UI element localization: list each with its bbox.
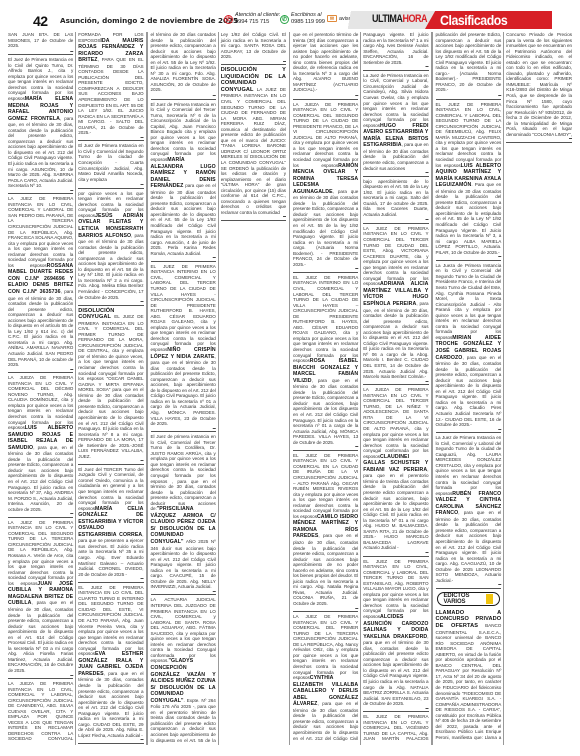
legal-notice: El Juez de primera instancia en lo Civil…: [151, 434, 216, 595]
notice-text: El Juez del TERCER Turno del Juzgado Civ…: [78, 467, 143, 511]
banner-label: EDICTOS VARIOS: [444, 593, 487, 605]
section-title: Clasificados: [440, 12, 507, 28]
legal-notice: LA JUEZ DE PRIMERA INSTANCIA EN LO CIVIL…: [8, 196, 73, 373]
notice-names: DISOLUCIÓN CONYUGAL: [78, 308, 114, 321]
notice-text: El Juez de Primera Instancia en lo Civil…: [78, 143, 143, 181]
notice-text-cont: , para que en el término de 30 días, con…: [436, 355, 502, 428]
contact-label: Escribinos al: [291, 12, 325, 19]
notice-text: El Juez de primera instancia en lo Civil…: [151, 434, 216, 511]
notice-code: ▬: [363, 65, 428, 68]
notice-text: El Juez de Primera Instancia en lo Civil…: [151, 102, 216, 162]
notice-code: ▬: [151, 590, 216, 593]
notice-text-cont: , para que en el término de 30 días cont…: [151, 354, 216, 427]
column-body: el término de 30 días contados desde la …: [151, 32, 287, 745]
banner-icon: [486, 594, 493, 604]
notice-text-cont: , para que, en el término de 30 días con…: [8, 445, 73, 512]
contact-whatsapp[interactable]: 0985 119 999: [291, 19, 325, 26]
notice-text-cont: , para que en el término de 30 días, con…: [363, 634, 428, 707]
legal-notice: por quince veces a los que tengan interé…: [78, 191, 143, 306]
notice-text: EL JUEZ DE PRIMERA INSTANCIA EN LO CIVIL…: [436, 102, 502, 168]
column-3: que en el perentorio término de treinta …: [290, 32, 433, 745]
notice-text: EL JUEZ DE PRIMERA INSTANCIA INTERINO EN…: [293, 275, 358, 363]
notice-code: ▬: [221, 215, 286, 218]
column-2: el término de 30 días contados desde la …: [148, 32, 291, 745]
notice-text-cont: , para que se presenten a ejercer sus de…: [78, 532, 143, 577]
notice-code: ▬: [293, 267, 358, 270]
legal-notice: EL JUEZ DE PRIMERA INSTANCIA EN LO CIVIL…: [363, 559, 428, 713]
notice-text-cont: AÑO 2025 Nº 346 ducir sus acciones bajo …: [151, 539, 216, 589]
logo-ultima: ULTIMA: [372, 13, 402, 25]
notice-text-cont: , para que en el término de 30 días cont…: [293, 378, 358, 445]
notice-code: ▬: [363, 707, 428, 710]
notice-text: LA JUEZ DE PRIMERA INSTANCIA EN LO CIVIL…: [8, 196, 73, 268]
notice-text-cont: , para que en el plazo de 30 días, conta…: [293, 533, 358, 606]
notice-text: LA JUEZA DE PRIMERA INSTANCIA EN LO CIVI…: [8, 375, 73, 430]
notice-text: LA JUEZA DE PRIMERA INSTANCIA EN LO CIVI…: [293, 102, 358, 168]
mail-icon: ✉: [327, 15, 337, 22]
notice-code: ▬: [363, 218, 428, 221]
notice-text: SAN JUAN BTA. DE LAS MISIONES, 17 de Oct…: [8, 32, 73, 48]
legal-notice: bajo apercibimiento de lo dispuesto en e…: [363, 179, 428, 224]
notice-text: La Juez de Primera Instancia en lo Civil…: [436, 435, 502, 495]
publication-date: Asunción, domingo 2 de noviembre de 2025: [60, 16, 238, 25]
notice-code: ▬: [78, 136, 143, 139]
legal-notice: DISOLUCIÓN Y LIQUIDACIÓN DE LA COMUNIDAD…: [221, 67, 286, 221]
column-body: que en el perentorio término de treinta …: [293, 32, 429, 745]
notice-text: LA JUEZ DE PRIMERA INSTANCIA EN LO CIVIL…: [8, 520, 73, 586]
legal-notice: que en el perentorio término de treinta …: [293, 32, 358, 100]
notice-text: LA JUEZA DE PRIMERA INSTANCIA EN LO CIVI…: [363, 387, 428, 459]
phone-icon: ✆: [224, 15, 233, 24]
newspaper-logo: ULTIMAHORA: [372, 13, 427, 25]
page-number: 42: [33, 13, 48, 29]
notice-code: ▬: [8, 368, 73, 371]
notice-code: ▬: [8, 674, 73, 677]
notice-code: ▬: [78, 738, 143, 741]
customer-service-contact: ✆ Atención al cliente: 0994 715 715: [224, 12, 280, 26]
notice-code: ▬: [151, 427, 216, 430]
notice-text-cont: LA JUEZ DE PRIMERA INSTANCIA EN LO CIVIL…: [221, 87, 286, 215]
notice-text: publicación del presente Edicto, compare…: [436, 32, 502, 92]
whatsapp-icon: ✆: [280, 15, 289, 24]
legal-notice: EL JUEZ DE PRIMERA INSTANCIA EN LO CIVIL…: [436, 102, 502, 261]
contact-label: Atención al cliente:: [235, 12, 280, 19]
notice-code: ▬: [78, 459, 143, 462]
legal-notice: La Juez de Primera Instancia en lo Civil…: [363, 73, 428, 177]
notice-text: EL JUEZ DE PRIMERA INSTANCIA EN LO CIVIL…: [363, 559, 428, 619]
notice-code: ▬: [151, 94, 216, 97]
notice-code: ▬: [151, 256, 216, 259]
legal-notice: publicación del presente Edicto, compare…: [436, 32, 502, 100]
notice-text-cont: , para que, en el término de 30 días, co…: [8, 116, 73, 189]
legal-notice: La Jueza de Primera Instancia en lo Civi…: [436, 263, 502, 433]
legal-notice: EL JUEZ DE PRIMERA INSTANCIA INTERINO EN…: [151, 264, 216, 432]
notice-code: ▬: [8, 512, 73, 515]
notice-text-cont: , PARA QUE EN EL TÉRMINO DE 30 DÍAS CONT…: [78, 57, 143, 135]
legal-notice: el término de 30 días contados desde la …: [151, 32, 216, 100]
notice-code: ▬: [78, 300, 143, 303]
notice-code: ▬: [506, 137, 572, 140]
notice-code: ▬: [436, 255, 502, 258]
notice-text-cont: , para que en el término de 30 días, con…: [8, 289, 73, 367]
legal-notice: EL JUEZ DE PRIMERA INSTANCIA EN LO CIVIL…: [78, 585, 143, 744]
notice-text: EL JUEZ DE PRIMERA INSTANCIA EN LO CIVIL…: [293, 453, 358, 519]
notice-text-cont: , para que en término de 30 días contado…: [293, 189, 358, 267]
notice-code: ▬: [363, 171, 428, 174]
column-body: SAN JUAN BTA. DE LAS MISIONES, 17 de Oct…: [8, 32, 144, 745]
notice-text: LA JUEZ DE PRIMERA INSTANCIA EN LO CIVIL…: [363, 226, 428, 286]
column-body: publicación del presente Edicto, compare…: [436, 32, 573, 745]
legal-notice: La Juez de Primera Instancia en lo Civil…: [436, 435, 502, 589]
notice-code: ▬: [78, 577, 143, 580]
notice-text-cont: , para que en el término de 30 días cont…: [78, 233, 143, 300]
notice-code: ▬: [221, 60, 286, 63]
legal-notice: El Juez de Primera Instancia en lo Civil…: [78, 143, 143, 188]
notice-text-cont: , para que en el término de 30 días, con…: [436, 510, 502, 583]
legal-notice: LA JUEZA DE PRIMERA INSTANCIA EN LO CIVI…: [8, 375, 73, 518]
legal-notice: LA JUEZ DE PRIMERA INSTANCIA EN LO CIVIL…: [363, 226, 428, 385]
notice-code: ▬: [436, 428, 502, 431]
legal-notice: El Juez de Primera Instancia en lo Civil…: [151, 102, 216, 262]
notice-text: La Juez de Primera Instancia en lo Civil…: [363, 73, 428, 128]
legal-notice: EL JUEZ DE PRIMERA INSTANCIA EN LO CIVIL…: [293, 453, 358, 612]
legal-notice: LA JUEZA DE PRIMERA INSTANCIA EN LO CIVI…: [293, 102, 358, 273]
notice-text-cont: para que en el término de 30 días contad…: [151, 183, 216, 256]
legal-notice: LA JUEZ DE PRIMERA INSTANCIA EN LO CIVIL…: [8, 520, 73, 679]
notice-code: ▬: [293, 445, 358, 448]
classifieds-columns: SAN JUAN BTA. DE LAS MISIONES, 17 de Oct…: [5, 32, 575, 745]
edictos-varios-banner: EDICTOS VARIOS: [437, 592, 501, 606]
legal-notice: SAN JUAN BTA. DE LAS MISIONES, 17 de Oct…: [8, 32, 73, 55]
notice-text: bajo apercibimiento de lo dispuesto en e…: [363, 179, 428, 217]
legal-notice: EL JUEZ DE PRIMERA INSTANCIA INTERINO EN…: [293, 275, 358, 451]
notice-text-cont: . Para que en el término de 30 días cont…: [436, 182, 502, 255]
page-header: 42 Asunción, domingo 2 de noviembre de 2…: [0, 0, 580, 28]
legal-notice: El Juez de Primera Instancia en lo Civil…: [8, 57, 73, 194]
legal-notice: DISOLUCIÓN CONYUGAL EL JUEZ DE PRIMERA I…: [78, 308, 143, 465]
notice-code: ▬: [293, 94, 358, 97]
notice-code: ▬: [78, 183, 143, 186]
notice-text-cont: , para que en el término de 30 días, con…: [8, 600, 73, 673]
notice-text: EL JUEZ DE PRIMERA INSTANCIA INTERINO EN…: [151, 264, 216, 352]
column-1: SAN JUAN BTA. DE LAS MISIONES, 17 de Oct…: [5, 32, 148, 745]
notice-code: ▬: [8, 50, 73, 53]
notice-text: que en el perentorio término de treinta …: [293, 32, 358, 92]
legal-notice: El Juez del TERCER Turno del Juzgado Civ…: [78, 467, 143, 583]
notice-text: LA ACTUARIA JUDICIAL INTERINA DEL JUZGAD…: [151, 597, 216, 663]
notice-text: el término de 30 días contados desde la …: [151, 32, 216, 92]
notice-text: La Jueza de Primera Instancia en lo Civi…: [436, 263, 502, 340]
notice-text-cont: EL JUEZ DE PRIMERA INSTANCIA EN LO CIVIL…: [78, 314, 143, 459]
whatsapp-contact: ✆ Escribinos al 0985 119 999: [280, 12, 325, 26]
notice-text-cont: , para que en el término de 30 días, con…: [78, 671, 143, 738]
column-4: publicación del presente Edicto, compare…: [433, 32, 576, 745]
notice-text: El Juez de Primera Instancia en lo Civil…: [8, 57, 73, 101]
notice-text-cont: , para que en el perentorio término de t…: [363, 467, 428, 551]
legal-notice: LA JUEZA DE PRIMERA INSTANCIA EN LO CIVI…: [363, 387, 428, 556]
notice-text-cont: , para que, en el término de 30 días, co…: [363, 301, 428, 379]
notice-text: LA JUEZ DE PRIMERA INSTANCIA EN LO CIVIL…: [293, 614, 358, 680]
notice-text: EL JUEZ DE PRIMERA INSTANCIA EN LO CIVIL…: [78, 585, 143, 657]
contact-phone[interactable]: 0994 715 715: [235, 19, 280, 26]
notice-code: ▬: [363, 551, 428, 554]
logo-hora: HORA: [402, 13, 427, 25]
notice-code: ▬: [363, 380, 428, 383]
notice-code: ▬: [436, 583, 502, 586]
notice-code: ▬: [8, 189, 73, 192]
notice-code: ▬: [293, 607, 358, 610]
notice-code: ▬: [436, 94, 502, 97]
